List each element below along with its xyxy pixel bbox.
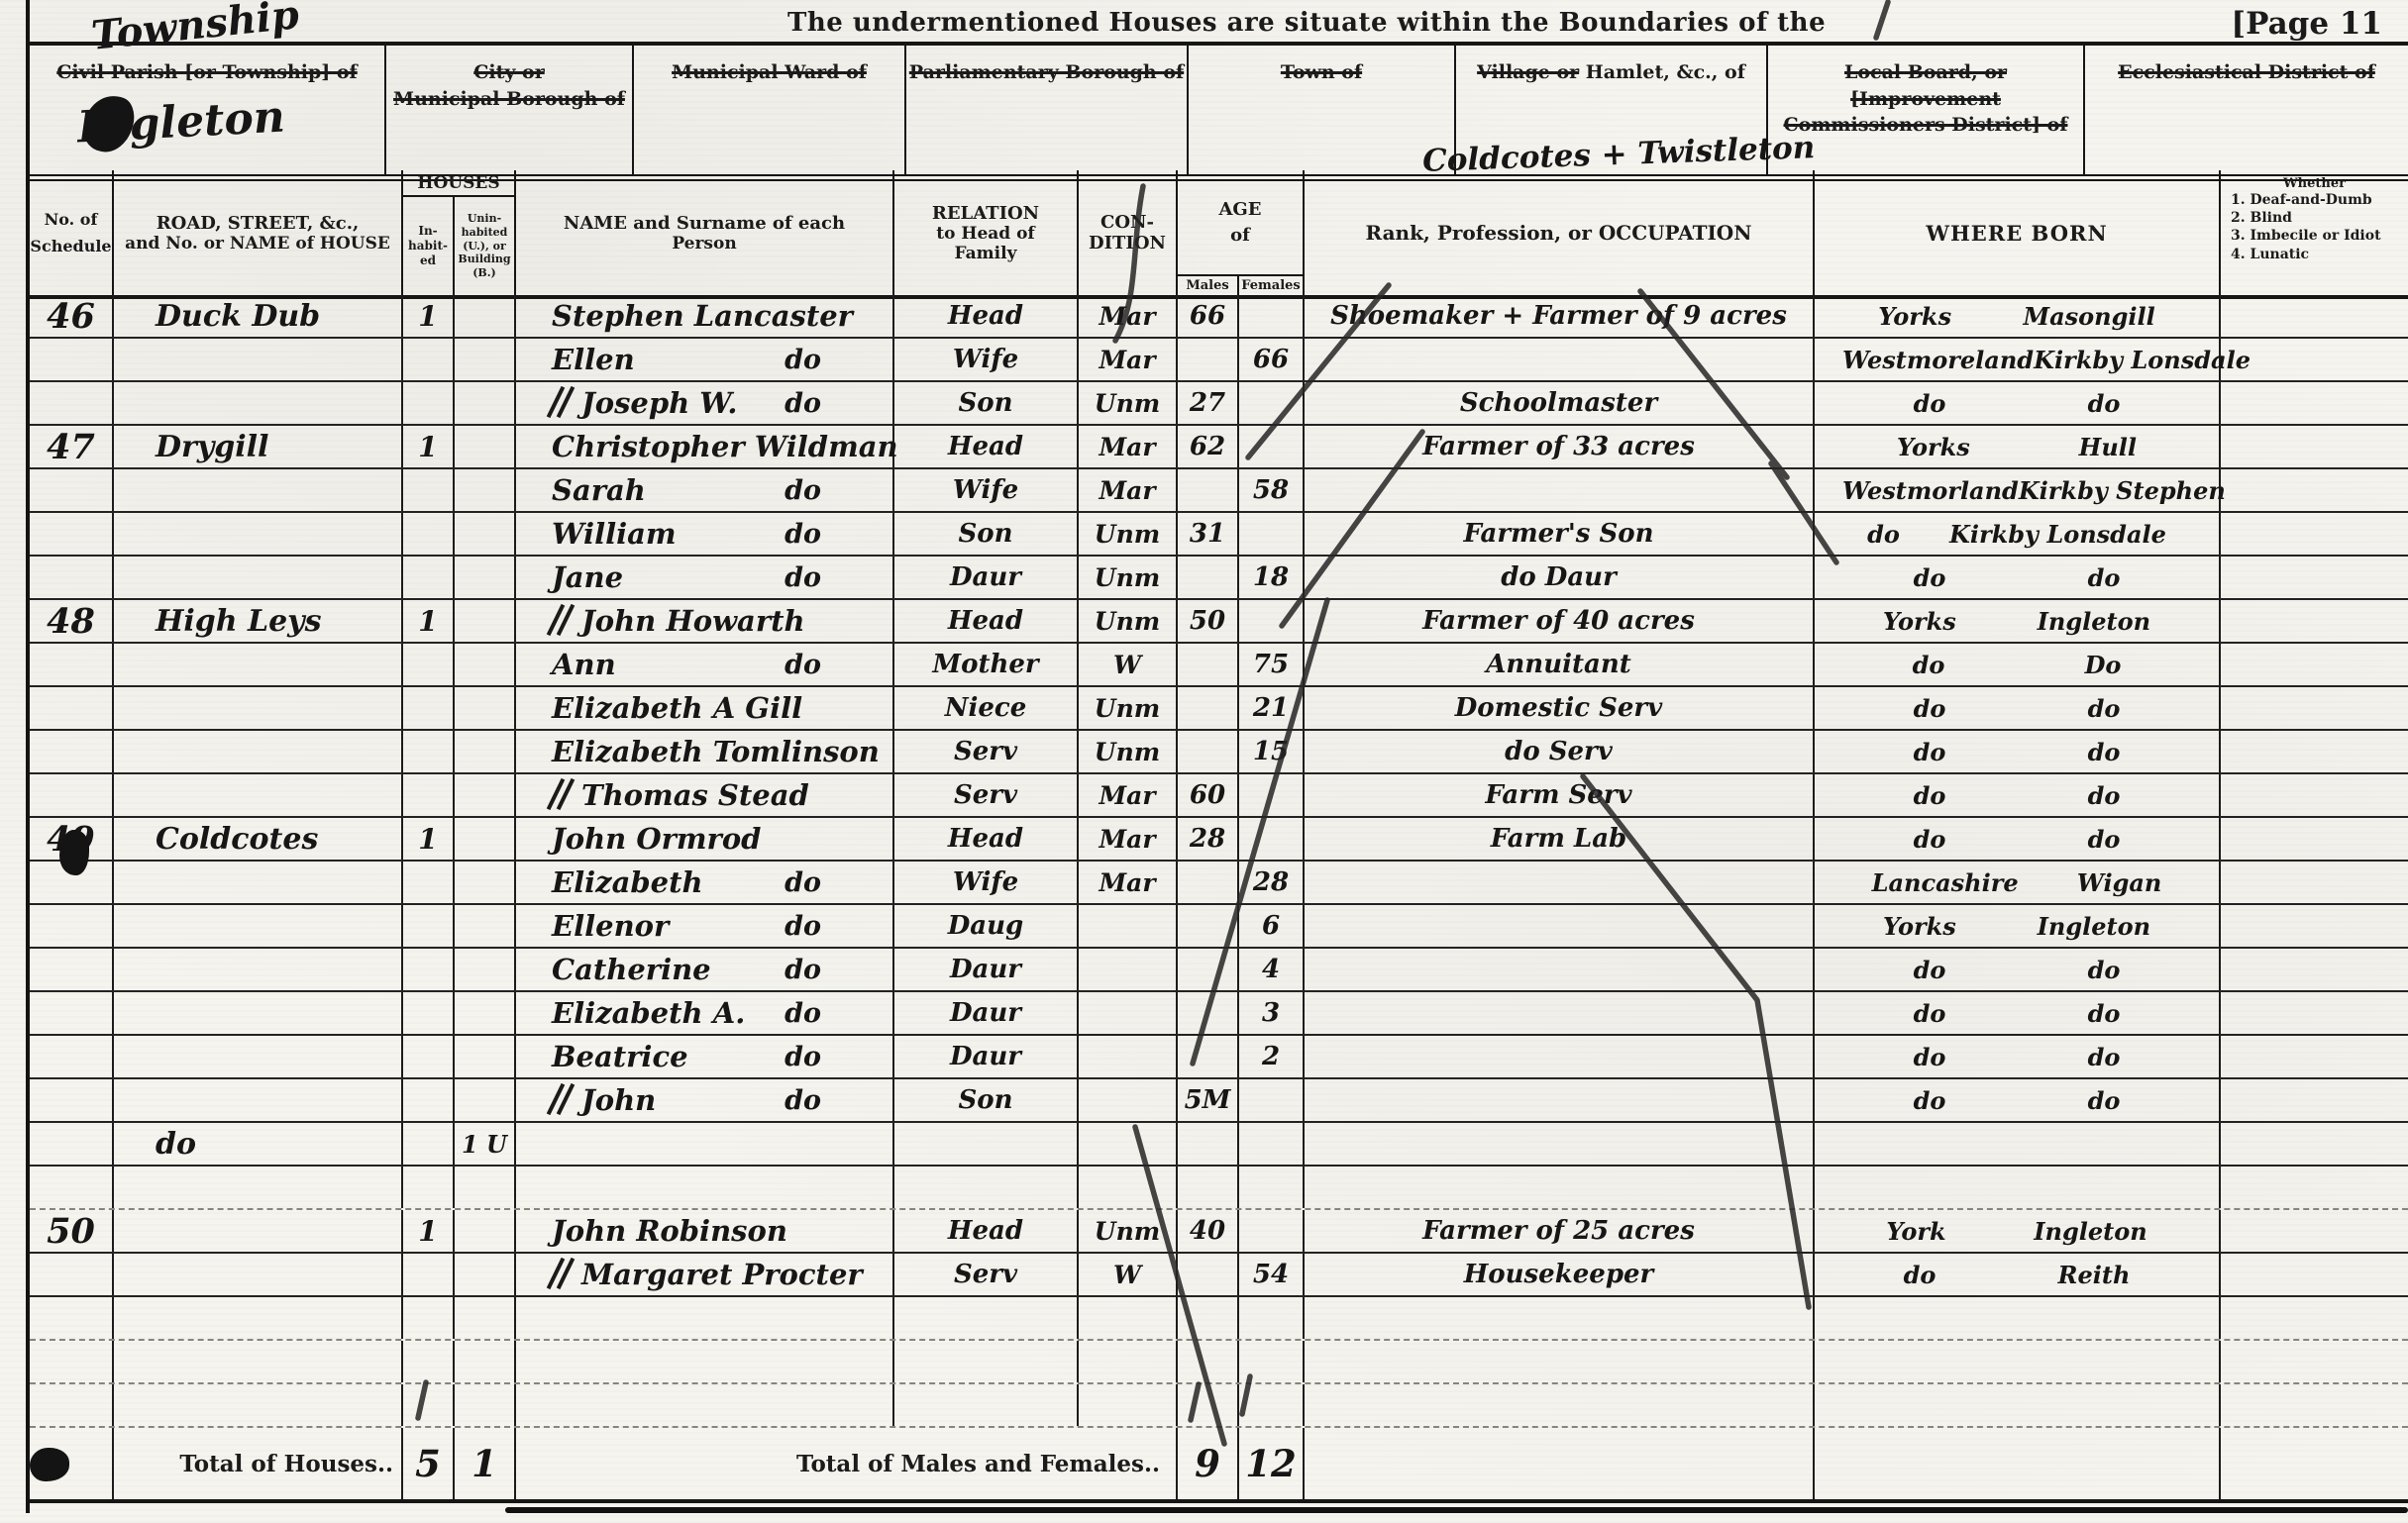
condition-cell: [1079, 1341, 1178, 1382]
condition-value: Mar: [1099, 868, 1155, 897]
schedule-cell: 46: [30, 295, 114, 337]
born-place: do: [2088, 956, 2121, 984]
census-row: Joseph W.doSonUnm27Schoolmasterdodo: [30, 382, 2408, 426]
infirmity-cell: [2221, 1254, 2408, 1295]
header-road: ROAD, STREET, &c., and No. or NAME of HO…: [114, 170, 403, 295]
road-name: Duck Dub: [156, 299, 320, 334]
relation-cell: [894, 1297, 1079, 1339]
pen-check-mark: [552, 605, 572, 637]
age-male-value: 60: [1190, 780, 1225, 810]
inhabited-cell: [403, 1341, 455, 1382]
census-row-schedule-48: 48High Leys1John HowarthHeadUnm50Farmer …: [30, 600, 2408, 644]
where-born-cell: dodo: [1815, 731, 2221, 772]
schedule-number: 50: [47, 1211, 95, 1252]
born-county: do: [1914, 1086, 1946, 1115]
age-male-cell: [1178, 905, 1239, 947]
occupation-cell: Schoolmaster: [1305, 382, 1815, 424]
hamlet-label-struck-part: Village or: [1477, 61, 1579, 83]
totals-occupation-cell: [1305, 1428, 1815, 1499]
header-inhabited: In-habit-ed: [403, 197, 455, 295]
name-cell: Elizabethdo: [516, 862, 894, 903]
name-cell: Joseph W.do: [516, 382, 894, 424]
header-age-males: Males: [1178, 276, 1239, 295]
census-row: JanedoDaurUnm18do Daurdodo: [30, 557, 2408, 600]
census-row-schedule-50: 501John RobinsonHeadUnm40Farmer of 25 ac…: [30, 1210, 2408, 1254]
born-place: do: [2088, 825, 2121, 854]
age-male-cell: [1178, 339, 1239, 380]
age-female-value: 75: [1253, 650, 1289, 679]
inhabited-mark: 1: [418, 605, 437, 638]
age-male-cell: [1178, 644, 1239, 685]
age-male-cell: [1178, 557, 1239, 598]
infirmity-cell: [2221, 557, 2408, 598]
infirmity-cell: [2221, 862, 2408, 903]
inhabited-cell: [403, 1036, 455, 1077]
condition-cell: Unm: [1079, 557, 1178, 598]
name-cell: Elizabeth A Gill: [516, 687, 894, 729]
person-name: Christopher Wildman: [552, 430, 898, 463]
city-label-line1: City or: [386, 59, 632, 86]
inhabited-cell: [403, 513, 455, 555]
age-female-cell: [1239, 295, 1305, 337]
born-place: Reith: [2058, 1261, 2131, 1289]
boundary-cell-town: Town of: [1189, 46, 1456, 174]
relation-value: Head: [948, 606, 1023, 636]
born-place: do: [2088, 738, 2121, 766]
condition-value: Mar: [1099, 346, 1155, 374]
condition-cell: [1079, 992, 1178, 1034]
age-female-value: 2: [1262, 1042, 1280, 1071]
where-born-cell: doReith: [1815, 1254, 2221, 1295]
road-cell: [114, 1297, 403, 1339]
occupation-cell: [1305, 992, 1815, 1034]
uninhabited-cell: [455, 469, 516, 511]
occupation-cell: [1305, 905, 1815, 947]
age-female-value: 54: [1253, 1260, 1289, 1289]
inhabited-mark: 1: [418, 823, 437, 856]
relation-cell: Son: [894, 382, 1079, 424]
condition-value: Mar: [1099, 433, 1155, 461]
road-cell: [114, 992, 403, 1034]
where-born-cell: YorksHull: [1815, 426, 2221, 467]
age-female-cell: [1239, 1384, 1305, 1426]
schedule-cell: [30, 1297, 114, 1339]
relation-value: Head: [948, 1216, 1023, 1246]
age-male-value: 66: [1190, 301, 1225, 331]
inhabited-cell: [403, 644, 455, 685]
person-name: John Howarth: [581, 604, 805, 638]
uninhabited-cell: [455, 557, 516, 598]
age-female-value: 18: [1253, 562, 1289, 592]
occupation-cell: do Daur: [1305, 557, 1815, 598]
local-board-label-line2: Commissioners District] of: [1768, 112, 2083, 139]
age-female-cell: 18: [1239, 557, 1305, 598]
road-name: High Leys: [156, 604, 321, 639]
relation-cell: Head: [894, 600, 1079, 642]
header-houses: HOUSES In-habit-ed Unin-habited(U.), orB…: [403, 170, 516, 295]
condition-value: Unm: [1095, 607, 1160, 636]
schedule-cell: [30, 992, 114, 1034]
inhabited-cell: [403, 905, 455, 947]
inhabited-cell: 1: [403, 818, 455, 860]
name-cell: John Robinson: [516, 1210, 894, 1252]
ink-blot: [59, 830, 89, 875]
uninhabited-cell: [455, 949, 516, 990]
relation-value: Serv: [954, 780, 1017, 810]
inhabited-cell: [403, 949, 455, 990]
name-cell: Elizabeth A.do: [516, 992, 894, 1034]
hamlet-label: Village or Hamlet, &c., of: [1456, 59, 1766, 86]
uninhabited-cell: [455, 382, 516, 424]
person-name: Margaret Procter: [581, 1258, 863, 1291]
age-female-cell: [1239, 774, 1305, 816]
totals-females-cell: 12: [1239, 1428, 1305, 1499]
boundary-cell-parliamentary-borough: Parliamentary Borough of: [906, 46, 1189, 174]
condition-cell: [1079, 1384, 1178, 1426]
census-row: Margaret ProcterServW54HousekeeperdoReit…: [30, 1254, 2408, 1297]
pen-check-mark: [552, 779, 572, 811]
where-born-cell: dodo: [1815, 818, 2221, 860]
inhabited-cell: [403, 731, 455, 772]
inhabited-cell: [403, 1297, 455, 1339]
name-cell: [516, 1297, 894, 1339]
age-male-cell: 66: [1178, 295, 1239, 337]
born-county: do: [1914, 999, 1946, 1028]
census-row: Elizabeth A.doDaur3dodo: [30, 992, 2408, 1036]
relation-cell: Daur: [894, 1036, 1079, 1077]
age-male-value: 5M: [1185, 1085, 1231, 1115]
condition-cell: W: [1079, 1254, 1178, 1295]
road-cell: [114, 905, 403, 947]
schedule-cell: [30, 1079, 114, 1121]
inhabited-mark: 1: [418, 431, 437, 463]
road-cell: [114, 949, 403, 990]
occupation-cell: Farm Lab: [1305, 818, 1815, 860]
age-female-cell: 58: [1239, 469, 1305, 511]
schedule-cell: [30, 644, 114, 685]
local-board-label-line1: Local Board, or [Improvement: [1768, 59, 2083, 112]
relation-value: Niece: [945, 693, 1027, 723]
age-female-cell: 28: [1239, 862, 1305, 903]
where-born-cell: YorksMasongill: [1815, 295, 2221, 337]
header-age-females: Females: [1239, 276, 1303, 295]
born-county: do: [1914, 956, 1946, 984]
relation-value: Daur: [950, 955, 1021, 984]
condition-cell: Unm: [1079, 687, 1178, 729]
infirmity-cell: [2221, 992, 2408, 1034]
schedule-cell: [30, 339, 114, 380]
boundary-cell-local-board: Local Board, or [Improvement Commissione…: [1768, 46, 2085, 174]
census-row: BeatricedoDaur2dodo: [30, 1036, 2408, 1079]
uninhabited-cell: [455, 513, 516, 555]
where-born-cell: dodo: [1815, 949, 2221, 990]
where-born-cell: YorkIngleton: [1815, 1210, 2221, 1252]
name-cell: [516, 1123, 894, 1165]
road-cell: Duck Dub: [114, 295, 403, 337]
uninhabited-cell: [455, 1254, 516, 1295]
relation-value: Mother: [932, 650, 1038, 679]
occupation-cell: Farmer of 33 acres: [1305, 426, 1815, 467]
condition-value: Mar: [1099, 825, 1155, 854]
born-place: Masongill: [2024, 302, 2155, 331]
born-place: do: [2088, 1086, 2121, 1115]
condition-cell: Mar: [1079, 774, 1178, 816]
schedule-cell: [30, 687, 114, 729]
census-row-schedule-46: 46Duck Dub1Stephen LancasterHeadMar66Sho…: [30, 295, 2408, 339]
age-female-cell: [1239, 818, 1305, 860]
road-cell: [114, 513, 403, 555]
surname-ditto: do: [785, 867, 821, 898]
age-female-cell: [1239, 1123, 1305, 1165]
road-cell: [114, 1254, 403, 1295]
road-name: Coldcotes: [156, 822, 318, 857]
person-name: Ann: [552, 648, 616, 681]
relation-cell: Daur: [894, 949, 1079, 990]
relation-cell: Wife: [894, 339, 1079, 380]
born-county: Yorks: [1897, 433, 1970, 461]
schedule-cell: [30, 1384, 114, 1426]
infirmity-cell: [2221, 600, 2408, 642]
road-cell: [114, 774, 403, 816]
occupation-cell: [1305, 1341, 1815, 1382]
infirmity-cell: [2221, 1341, 2408, 1382]
census-row: CatherinedoDaur4dodo: [30, 949, 2408, 992]
inhabited-cell: [403, 557, 455, 598]
header-name: NAME and Surname of each Person: [516, 170, 894, 295]
name-cell: John Howarth: [516, 600, 894, 642]
schedule-cell: [30, 382, 114, 424]
road-cell: [114, 382, 403, 424]
condition-value: Unm: [1095, 563, 1160, 592]
occupation-value: Farmer of 40 acres: [1422, 606, 1695, 636]
inhabited-cell: [403, 469, 455, 511]
census-row: [30, 1341, 2408, 1384]
born-county: Westmorland: [1842, 476, 2019, 505]
census-row: do1 U: [30, 1123, 2408, 1167]
person-name: Thomas Stead: [581, 778, 809, 812]
name-cell: Ellendo: [516, 339, 894, 380]
born-county: Lancashire: [1872, 868, 2019, 897]
occupation-value: Domestic Serv: [1455, 693, 1662, 723]
totals-infirmity-cell: [2221, 1428, 2408, 1499]
infirmity-cell: [2221, 644, 2408, 685]
total-inhabited-value: 5: [415, 1442, 441, 1485]
header-uninhabited: Unin-habited(U.), orBuilding(B.): [455, 197, 514, 295]
where-born-cell: [1815, 1384, 2221, 1426]
totals-males-females-label-cell: Total of Males and Females..: [516, 1428, 1178, 1499]
relation-value: Daur: [950, 562, 1021, 592]
condition-cell: Unm: [1079, 513, 1178, 555]
born-county: do: [1904, 1261, 1937, 1289]
relation-value: Head: [948, 301, 1023, 331]
road-cell: High Leys: [114, 600, 403, 642]
ecclesiastical-label: Ecclesiastical District of: [2085, 59, 2408, 86]
occupation-cell: [1305, 949, 1815, 990]
born-place: do: [2088, 694, 2121, 723]
age-male-cell: [1178, 469, 1239, 511]
name-cell: Christopher Wildman: [516, 426, 894, 467]
person-name: John Ormrod: [552, 822, 761, 856]
where-born-cell: dodo: [1815, 1079, 2221, 1121]
road-cell: [114, 1210, 403, 1252]
table-header: No. of Schedule ROAD, STREET, &c., and N…: [30, 170, 2408, 299]
occupation-cell: [1305, 469, 1815, 511]
inhabited-cell: [403, 1123, 455, 1165]
occupation-cell: Farmer of 25 acres: [1305, 1210, 1815, 1252]
header-schedule-line2: Schedule: [30, 233, 112, 259]
civil-parish-label: Civil Parish [or Township] of: [30, 59, 384, 86]
relation-cell: Head: [894, 818, 1079, 860]
age-female-cell: [1239, 1167, 1305, 1208]
condition-value: Unm: [1095, 738, 1160, 766]
name-cell: [516, 1167, 894, 1208]
census-row: Elizabeth TomlinsonServUnm15do Servdodo: [30, 731, 2408, 774]
totals-houses-label-cell: Total of Houses..: [114, 1428, 403, 1499]
age-female-cell: 66: [1239, 339, 1305, 380]
municipal-ward-label: Municipal Ward of: [634, 59, 904, 86]
road-cell: [114, 557, 403, 598]
age-female-cell: 54: [1239, 1254, 1305, 1295]
uninhabited-cell: [455, 1036, 516, 1077]
age-female-value: 58: [1253, 475, 1289, 505]
surname-ditto: do: [785, 650, 821, 680]
census-row: JohndoSon5Mdodo: [30, 1079, 2408, 1123]
inhabited-cell: [403, 862, 455, 903]
condition-cell: Mar: [1079, 339, 1178, 380]
relation-cell: Son: [894, 513, 1079, 555]
schedule-cell: [30, 1036, 114, 1077]
relation-cell: Serv: [894, 1254, 1079, 1295]
road-cell: do: [114, 1123, 403, 1165]
census-row: Elizabeth A GillNieceUnm21Domestic Servd…: [30, 687, 2408, 731]
total-males-females-label: Total of Males and Females..: [796, 1451, 1160, 1477]
inhabited-cell: 1: [403, 426, 455, 467]
header-age: AGE of Males Females: [1178, 170, 1305, 295]
relation-value: Son: [958, 519, 1012, 549]
occupation-value: Farmer of 33 acres: [1422, 432, 1695, 461]
born-place: Do: [2085, 651, 2122, 679]
born-county: Yorks: [1883, 607, 1956, 636]
uninhabited-cell: [455, 862, 516, 903]
occupation-value: Farm Lab: [1491, 824, 1626, 854]
census-row: ElizabethdoWifeMar28LancashireWigan: [30, 862, 2408, 905]
relation-cell: Serv: [894, 774, 1079, 816]
header-schedule: No. of Schedule: [30, 170, 114, 295]
born-county: Yorks: [1878, 302, 1951, 331]
relation-value: Wife: [953, 345, 1018, 374]
relation-cell: Daur: [894, 992, 1079, 1034]
census-row: [30, 1297, 2408, 1341]
surname-ditto: do: [785, 562, 821, 593]
born-county: do: [1914, 563, 1946, 592]
born-place: Ingleton: [2038, 607, 2150, 636]
relation-cell: Niece: [894, 687, 1079, 729]
where-born-cell: [1815, 1341, 2221, 1382]
pen-check-mark: [552, 1084, 572, 1116]
born-county: York: [1886, 1217, 1945, 1246]
inhabited-cell: [403, 774, 455, 816]
occupation-cell: Annuitant: [1305, 644, 1815, 685]
born-place: Hull: [2079, 433, 2137, 461]
person-name: Joseph W.: [581, 386, 737, 420]
age-male-value: 31: [1190, 519, 1225, 549]
header-condition: CON- DITION: [1079, 170, 1178, 295]
born-place: do: [2088, 781, 2121, 810]
where-born-cell: YorksIngleton: [1815, 905, 2221, 947]
name-cell: Anndo: [516, 644, 894, 685]
schedule-cell: [30, 1167, 114, 1208]
infirmity-cell: [2221, 687, 2408, 729]
age-female-cell: [1239, 513, 1305, 555]
inhabited-cell: [403, 992, 455, 1034]
age-female-cell: [1239, 1079, 1305, 1121]
parliamentary-borough-label: Parliamentary Borough of: [906, 59, 1187, 86]
relation-value: Head: [948, 824, 1023, 854]
occupation-cell: [1305, 1297, 1815, 1339]
surname-ditto: do: [785, 911, 821, 942]
relation-value: Daur: [950, 1042, 1021, 1071]
census-rows: 46Duck Dub1Stephen LancasterHeadMar66Sho…: [30, 295, 2408, 1503]
born-place: Ingleton: [2038, 912, 2150, 941]
uninhabited-cell: [455, 818, 516, 860]
census-row-schedule-49: 49Coldcotes1John OrmrodHeadMar28Farm Lab…: [30, 818, 2408, 862]
person-name: Jane: [552, 560, 623, 594]
totals-inhabited-cell: 5: [403, 1428, 455, 1499]
where-born-cell: doDo: [1815, 644, 2221, 685]
census-row: AnndoMotherW75AnnuitantdoDo: [30, 644, 2408, 687]
uninhabited-cell: [455, 1341, 516, 1382]
occupation-cell: [1305, 1384, 1815, 1426]
name-cell: Williamdo: [516, 513, 894, 555]
relation-cell: [894, 1341, 1079, 1382]
inhabited-cell: 1: [403, 600, 455, 642]
where-born-cell: dodo: [1815, 992, 2221, 1034]
relation-cell: Wife: [894, 862, 1079, 903]
relation-cell: Serv: [894, 731, 1079, 772]
header-relation: RELATION to Head of Family: [894, 170, 1079, 295]
relation-value: Daug: [948, 911, 1023, 941]
census-sheet: The undermentioned Houses are situate wi…: [0, 0, 2408, 1523]
born-place: do: [2088, 1043, 2121, 1071]
age-male-cell: [1178, 1384, 1239, 1426]
condition-value: Mar: [1099, 476, 1155, 505]
totals-born-cell: [1815, 1428, 2221, 1499]
inhabited-cell: 1: [403, 295, 455, 337]
header-name-line2: Person: [516, 234, 892, 254]
inhabited-cell: 1: [403, 1210, 455, 1252]
age-male-cell: 62: [1178, 426, 1239, 467]
age-female-value: 66: [1253, 345, 1289, 374]
relation-cell: [894, 1384, 1079, 1426]
name-cell: Johndo: [516, 1079, 894, 1121]
road-cell: [114, 731, 403, 772]
age-female-cell: 15: [1239, 731, 1305, 772]
infirmity-cell: [2221, 513, 2408, 555]
relation-value: Son: [958, 388, 1012, 418]
occupation-value: Farmer's Son: [1463, 519, 1653, 549]
person-name: Elizabeth A Gill: [552, 691, 802, 725]
condition-cell: Unm: [1079, 600, 1178, 642]
name-cell: Margaret Procter: [516, 1254, 894, 1295]
occupation-cell: Farmer of 40 acres: [1305, 600, 1815, 642]
condition-value: Unm: [1095, 389, 1160, 418]
age-male-cell: 27: [1178, 382, 1239, 424]
person-name: Beatrice: [552, 1040, 688, 1073]
condition-cell: [1079, 1036, 1178, 1077]
schedule-number: 47: [47, 427, 95, 467]
road-cell: Coldcotes: [114, 818, 403, 860]
born-place: do: [2088, 999, 2121, 1028]
